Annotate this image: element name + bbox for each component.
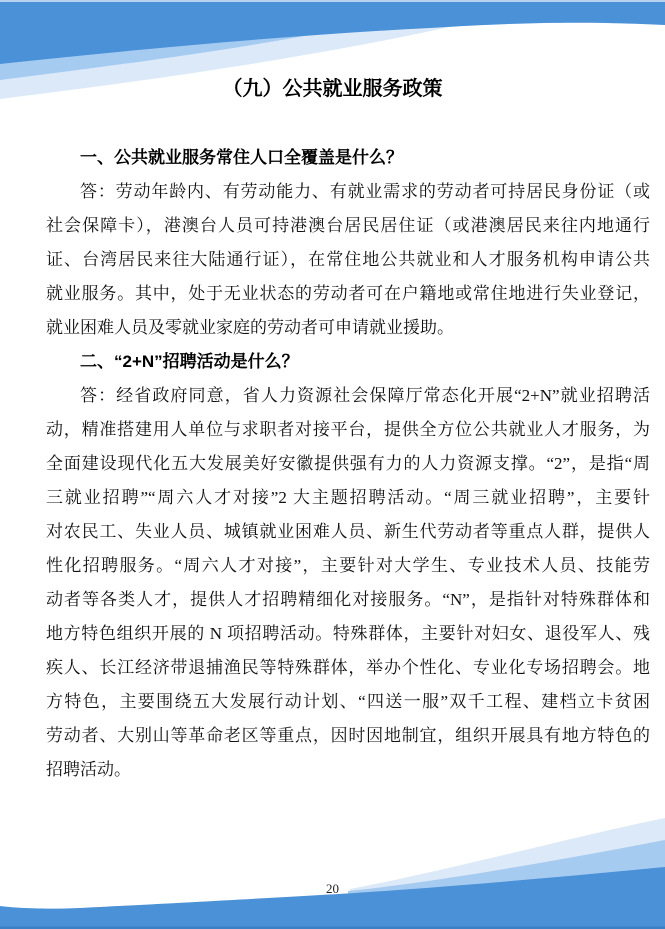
section-2-line-7: 动者等各类人才，提供人才招聘精细化对接服务。“N”，是指针对特殊群体和 xyxy=(46,583,650,617)
section-2-heading: 二、“2+N”招聘活动是什么？ xyxy=(46,345,650,379)
section-2-line-2: 动，精准搭建用人单位与求职者对接平台，提供全方位公共就业人才服务，为 xyxy=(46,413,650,447)
section-2-line-1: 答：经省政府同意，省人力资源社会保障厅常态化开展“2+N”就业招聘活 xyxy=(46,379,650,413)
section-2-line-5: 对农民工、失业人员、城镇就业困难人员、新生代劳动者等重点人群，提供人 xyxy=(46,515,650,549)
section-2-line-12: 招聘活动。 xyxy=(46,753,650,787)
section-2-line-10: 方特色，主要围绕五大发展行动计划、“四送一服”双千工程、建档立卡贫困 xyxy=(46,685,650,719)
section-2-line-3: 全面建设现代化五大发展美好安徽提供强有力的人力资源支撑。“2”，是指“周 xyxy=(46,447,650,481)
section-1-line-4: 就业服务。其中，处于无业状态的劳动者可在户籍地或常住地进行失业登记， xyxy=(46,277,650,311)
footer-wave-graphic xyxy=(0,800,665,929)
page-title: （九）公共就业服务政策 xyxy=(0,72,665,101)
section-1-line-1: 答：劳动年龄内、有劳动能力、有就业需求的劳动者可持居民身份证（或 xyxy=(46,175,650,209)
document-body: 一、公共就业服务常住人口全覆盖是什么？答：劳动年龄内、有劳动能力、有就业需求的劳… xyxy=(46,141,650,787)
section-2-line-11: 劳动者、大别山等革命老区等重点，因时因地制宜，组织开展具有地方特色的 xyxy=(46,719,650,753)
document-page: （九）公共就业服务政策 一、公共就业服务常住人口全覆盖是什么？答：劳动年龄内、有… xyxy=(0,0,665,929)
section-2-line-8: 地方特色组织开展的 N 项招聘活动。特殊群体，主要针对妇女、退役军人、残 xyxy=(46,617,650,651)
section-1-line-3: 证、台湾居民来往大陆通行证），在常住地公共就业和人才服务机构申请公共 xyxy=(46,243,650,277)
section-1-line-5: 就业困难人员及零就业家庭的劳动者可申请就业援助。 xyxy=(46,311,650,345)
section-2-line-4: 三就业招聘”“周六人才对接”2 大主题招聘活动。“周三就业招聘”，主要针 xyxy=(46,481,650,515)
section-2-line-6: 性化招聘服务。“周六人才对接”，主要针对大学生、专业技术人员、技能劳 xyxy=(46,549,650,583)
section-2-line-9: 疾人、长江经济带退捕渔民等特殊群体，举办个性化、专业化专场招聘会。地 xyxy=(46,651,650,685)
footer-main-band xyxy=(0,867,665,929)
section-1-line-2: 社会保障卡），港澳台人员可持港澳台居民居住证（或港澳居民来往内地通行 xyxy=(46,209,650,243)
section-1-heading: 一、公共就业服务常住人口全覆盖是什么？ xyxy=(46,141,650,175)
